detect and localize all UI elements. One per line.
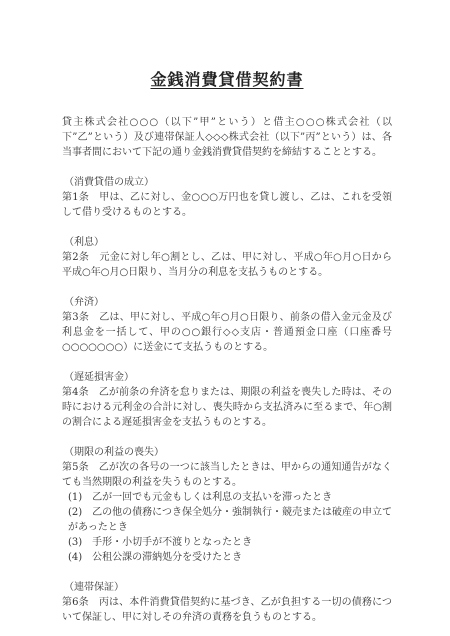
list-item: (2) 乙の他の債務につき保全処分・強制執行・競売または破産の申立てがあったとき (68, 505, 392, 535)
article-6: （連帯保証） 第6条 丙は、本件消費貸借契約に基づき、乙が負担する一切の債務につ… (62, 580, 392, 625)
list-item: (3) 手形・小切手が不渡りとなったとき (68, 535, 392, 550)
article-5-body: 第5条 乙が次の各号の一つに該当したときは、甲からの通知通告がなくても当然期限の… (62, 460, 392, 490)
document-title: 金銭消費貸借契約書 (62, 70, 392, 90)
article-5-heading: （期限の利益の喪失） (62, 445, 392, 460)
article-5-item-list: (1) 乙が一回でも元金もしくは利息の支払いを滞ったとき (2) 乙の他の債務に… (62, 490, 392, 565)
list-item: (4) 公租公課の滞納処分を受けたとき (68, 550, 392, 565)
article-6-body: 第6条 丙は、本件消費貸借契約に基づき、乙が負担する一切の債務について保証し、甲… (62, 595, 392, 625)
article-3: （弁済） 第3条 乙は、甲に対し、平成○年○月○日限り、前条の借入金元金及び利息… (62, 295, 392, 355)
article-1-body: 第1条 甲は、乙に対し、金○○○万円也を貸し渡し、乙は、これを受領して借り受ける… (62, 190, 392, 220)
article-3-heading: （弁済） (62, 295, 392, 310)
article-1-heading: （消費貸借の成立） (62, 175, 392, 190)
intro-paragraph: 貸主株式会社○○○（以下”甲”という）と借主○○○株式会社（以下”乙”という）及… (62, 115, 392, 160)
article-1: （消費貸借の成立） 第1条 甲は、乙に対し、金○○○万円也を貸し渡し、乙は、これ… (62, 175, 392, 220)
article-5: （期限の利益の喪失） 第5条 乙が次の各号の一つに該当したときは、甲からの通知通… (62, 445, 392, 565)
article-2-heading: （利息） (62, 235, 392, 250)
article-4-heading: （遅延損害金） (62, 370, 392, 385)
article-2-body: 第2条 元金に対し年○割とし、乙は、甲に対し、平成○年○月○日から平成○年○月○… (62, 250, 392, 280)
article-6-heading: （連帯保証） (62, 580, 392, 595)
article-4: （遅延損害金） 第4条 乙が前条の弁済を怠りまたは、期限の利益を喪失した時は、そ… (62, 370, 392, 430)
contract-page: 金銭消費貸借契約書 貸主株式会社○○○（以下”甲”という）と借主○○○株式会社（… (0, 0, 450, 636)
article-4-body: 第4条 乙が前条の弁済を怠りまたは、期限の利益を喪失した時は、その時における元利… (62, 385, 392, 430)
article-3-body: 第3条 乙は、甲に対し、平成○年○月○日限り、前条の借入金元金及び利息金を一括し… (62, 310, 392, 355)
list-item: (1) 乙が一回でも元金もしくは利息の支払いを滞ったとき (68, 490, 392, 505)
article-2: （利息） 第2条 元金に対し年○割とし、乙は、甲に対し、平成○年○月○日から平成… (62, 235, 392, 280)
